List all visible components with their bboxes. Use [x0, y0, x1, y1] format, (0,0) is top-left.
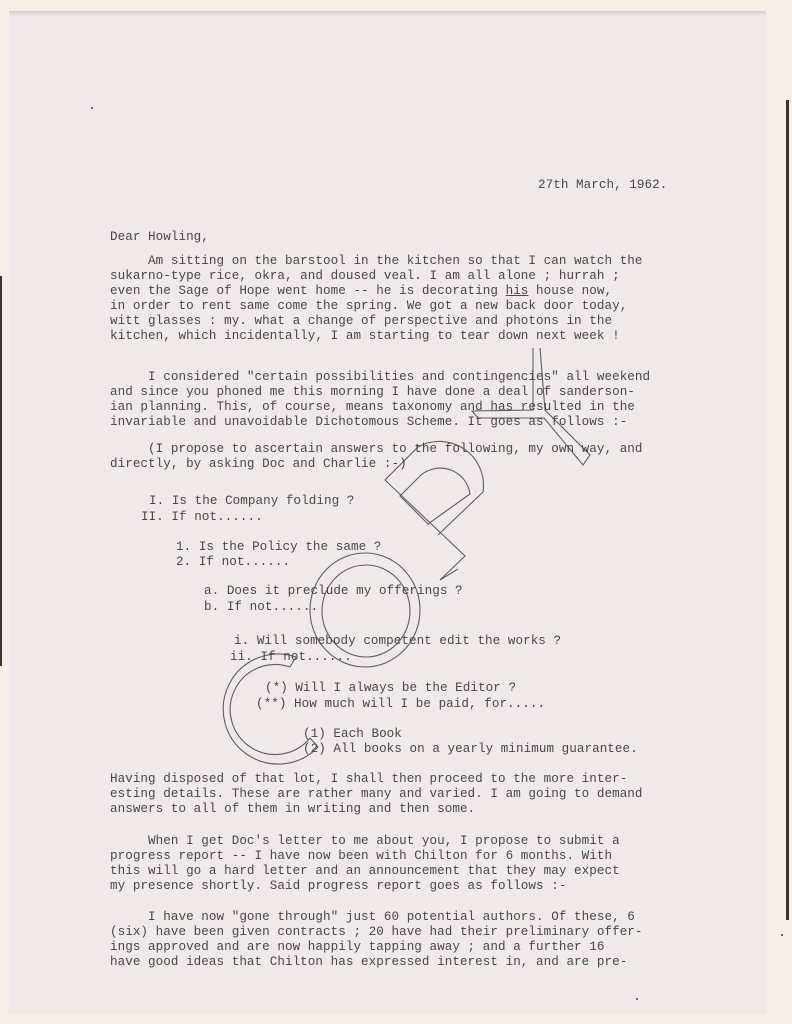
p2-line-1: I considered "certain possibilities and …: [110, 370, 650, 385]
p3-line-1: (I propose to ascertain answers to the f…: [110, 442, 643, 457]
p2-line-2: and since you phoned me this morning I h…: [110, 385, 635, 400]
outline-b: b. If not......: [204, 600, 318, 615]
p4-line-1: Having disposed of that lot, I shall the…: [110, 772, 627, 787]
p5-line-3: this will go a hard letter and an announ…: [110, 864, 620, 879]
p3-line-2: directly, by asking Doc and Charlie :-): [110, 457, 407, 472]
p6-line-4: have good ideas that Chilton has express…: [110, 955, 627, 970]
p6-line-3: ings approved and are now happily tappin…: [110, 940, 605, 955]
letter-date: 27th March, 1962.: [538, 178, 667, 193]
salutation: Dear Howling,: [110, 230, 209, 245]
outline-star: (*) Will I always be the Editor ?: [265, 681, 516, 696]
underlined-word: his: [506, 284, 529, 298]
p5-line-4: my presence shortly. Said progress repor…: [110, 879, 566, 894]
scan-edge-left: [0, 276, 2, 666]
p2-line-3: ian planning. This, of course, means tax…: [110, 400, 635, 415]
p1-line-6: kitchen, which incidentally, I am starti…: [110, 329, 620, 344]
p1-line-3-a: even the Sage of Hope went home -- he is…: [110, 284, 506, 298]
outline-1-each-book: (1) Each Book: [303, 727, 402, 742]
scan-edge-right: [786, 100, 789, 920]
outline-double-star: (**) How much will I be paid, for.....: [256, 697, 545, 712]
outline-1: 1. Is the Policy the same ?: [176, 540, 381, 555]
outline-II: II. If not......: [141, 510, 263, 525]
p1-line-3: even the Sage of Hope went home -- he is…: [110, 284, 612, 299]
p1-line-2: sukarno-type rice, okra, and doused veal…: [110, 269, 620, 284]
outline-i: i. Will somebody competent edit the work…: [234, 634, 561, 649]
speck: [636, 998, 638, 1000]
p4-line-3: answers to all of them in writing and th…: [110, 802, 475, 817]
outline-I: I. Is the Company folding ?: [149, 494, 354, 509]
p1-line-3-b: house now,: [528, 284, 612, 298]
p1-line-1: Am sitting on the barstool in the kitche…: [110, 254, 643, 269]
speck: [91, 107, 93, 109]
p5-line-1: When I get Doc's letter to me about you,…: [110, 834, 620, 849]
outline-2: 2. If not......: [176, 555, 290, 570]
p6-line-2: (six) have been given contracts ; 20 hav…: [110, 925, 643, 940]
outline-ii: ii. If not......: [230, 650, 352, 665]
p1-line-4: in order to rent same come the spring. W…: [110, 299, 627, 314]
p5-line-2: progress report -- I have now been with …: [110, 849, 612, 864]
speck: [781, 934, 783, 936]
p6-line-1: I have now "gone through" just 60 potent…: [110, 910, 635, 925]
p4-line-2: esting details. These are rather many an…: [110, 787, 643, 802]
p1-line-5: witt glasses : my. what a change of pers…: [110, 314, 612, 329]
p2-line-4: invariable and unavoidable Dichotomous S…: [110, 415, 627, 430]
outline-a: a. Does it preclude my offerings ?: [204, 584, 463, 599]
outline-2-all-books: (2) All books on a yearly minimum guaran…: [303, 742, 638, 757]
